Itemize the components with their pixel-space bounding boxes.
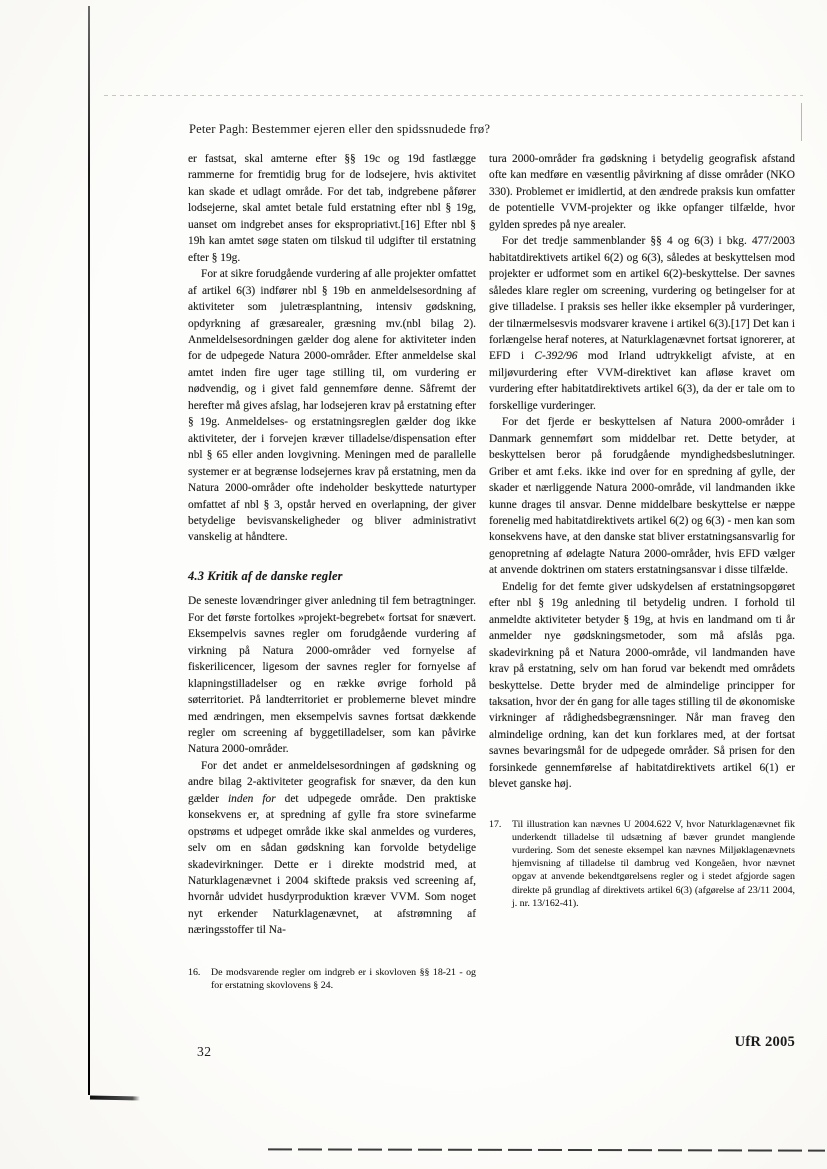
paragraph: For det fjerde er beskyttelsen af Natura…: [489, 414, 795, 579]
footnote-number: 17.: [489, 818, 501, 831]
scan-dotted-line-top: [104, 95, 803, 96]
journal-mark: UfR 2005: [489, 1034, 795, 1051]
scanned-journal-page: Peter Pagh: Bestemmer ejeren eller den s…: [0, 0, 827, 1169]
scan-dashed-line-bottom: [268, 1148, 825, 1151]
left-column: er fastsat, skal amterne efter §§ 19c og…: [188, 151, 476, 992]
scan-edge-line-left: [88, 6, 90, 1095]
footnote-number: 16.: [188, 966, 200, 979]
paragraph: For at sikre forudgående vurdering af al…: [188, 266, 476, 546]
running-header: Peter Pagh: Bestemmer ejeren eller den s…: [189, 122, 490, 137]
page-number: 32: [197, 1044, 212, 1060]
section-heading: 4.3 Kritik af de danske regler: [188, 568, 476, 584]
footnote-text: De modsvarende regler om indgreb er i sk…: [211, 967, 476, 991]
paragraph: De seneste lovændringer giver anledning …: [188, 593, 476, 758]
paragraph: For det andet er anmeldelsesordningen af…: [188, 758, 476, 939]
right-column: tura 2000-områder fra gødskning i betyde…: [489, 151, 795, 910]
paragraph: tura 2000-områder fra gødskning i betyde…: [489, 151, 795, 233]
paragraph: Endelig for det femte giver udskydelsen …: [489, 579, 795, 793]
footnote-16: 16. De modsvarende regler om indgreb er …: [188, 966, 476, 992]
scan-edge-tick-bottom: [90, 1095, 140, 1100]
scan-mark-right: [801, 103, 802, 141]
footnote-text: Til illustration kan nævnes U 2004.622 V…: [512, 819, 795, 909]
footnote-17: 17. Til illustration kan nævnes U 2004.6…: [489, 818, 795, 910]
paragraph: For det tredje sammenblander §§ 4 og 6(3…: [489, 233, 795, 414]
paragraph: er fastsat, skal amterne efter §§ 19c og…: [188, 151, 476, 266]
